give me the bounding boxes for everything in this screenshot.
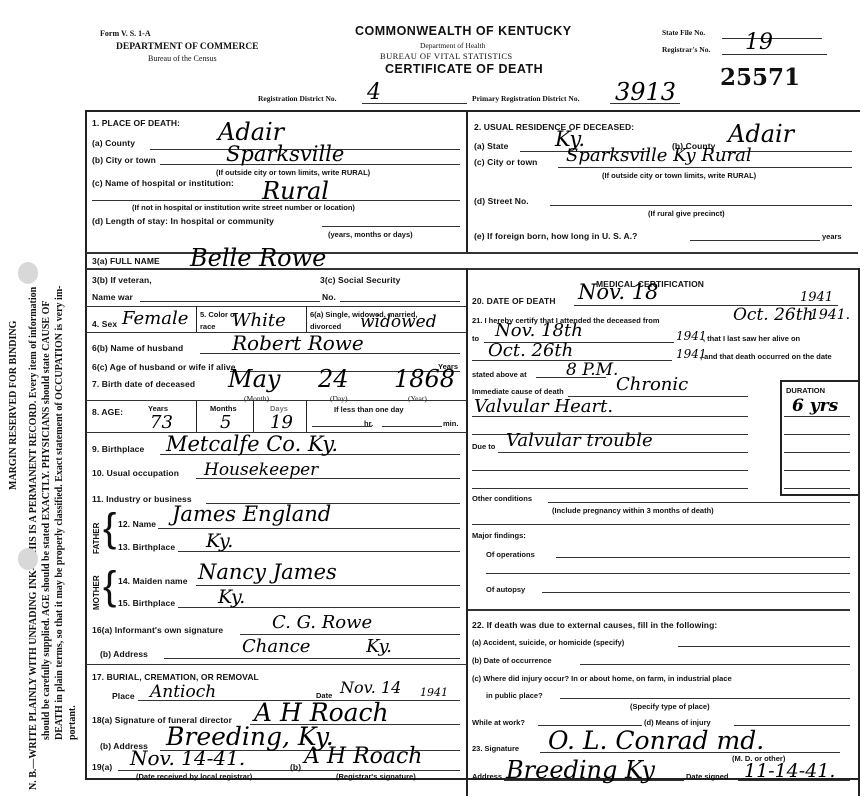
- registrar-sig-label: (b): [290, 762, 301, 772]
- age-years-value: 73: [150, 412, 173, 433]
- registrar-caption: (Registrar's signature): [336, 772, 416, 781]
- due-to-value: Valvular trouble: [506, 430, 653, 451]
- commonwealth-title: COMMONWEALTH OF KENTUCKY: [355, 24, 572, 38]
- date-signed-value: 11-14-41.: [744, 760, 835, 782]
- birth-year-value: 1868: [394, 365, 455, 393]
- occurred-text: , and that death occurred on the date: [700, 352, 832, 361]
- received-date-value: Nov. 14-41.: [130, 746, 245, 770]
- death-city-label: (b) City or town: [92, 155, 156, 165]
- mother-brace: {: [103, 566, 116, 606]
- father-birth-value: Ky.: [206, 530, 233, 552]
- death-city-note: (If outside city or town limits, write R…: [216, 168, 370, 177]
- reg-district-label: Registration District No.: [258, 94, 337, 103]
- duration-label: DURATION: [786, 386, 825, 395]
- physician-address-value: Breeding Ky: [506, 756, 655, 784]
- color-value: White: [232, 310, 286, 331]
- occurrence-label: (b) Date of occurrence: [472, 656, 552, 665]
- ssn-field: [340, 301, 460, 302]
- marital-value: widowed: [360, 312, 437, 332]
- informant-address-label: (b) Address: [100, 649, 148, 659]
- mother-birth-label: 15. Birthplace: [118, 598, 175, 608]
- department: DEPARTMENT OF COMMERCE: [116, 42, 259, 52]
- instructions-line-4: portant.: [67, 705, 78, 740]
- mother-birth-value: Ky.: [218, 586, 245, 608]
- father-name-label: 12. Name: [118, 519, 156, 529]
- external-heading: 22. If death was due to external causes,…: [472, 620, 717, 630]
- stay-note: (years, months or days): [328, 230, 413, 239]
- place-of-death-heading: 1. PLACE OF DEATH:: [92, 118, 180, 128]
- public-place-label: in public place?: [486, 691, 543, 700]
- autopsy-label: Of autopsy: [486, 585, 525, 594]
- spouse-age-label: 6(c) Age of husband or wife if alive: [92, 362, 236, 372]
- occupation-value: Housekeeper: [204, 460, 318, 480]
- hospital-value: Rural: [262, 177, 329, 205]
- bureau-census: Bureau of the Census: [148, 54, 217, 63]
- burial-place-label: Place: [112, 691, 135, 701]
- immediate-cause-value-2: Valvular Heart.: [474, 396, 613, 417]
- death-date-value: Nov. 18: [578, 280, 658, 304]
- father-name-value: James England: [172, 502, 331, 526]
- autopsy-field: [542, 592, 850, 593]
- res-city-label: (c) City or town: [474, 157, 537, 167]
- burial-heading: 17. BURIAL, CREMATION, OR REMOVAL: [92, 672, 259, 682]
- death-date-label: 20. DATE OF DEATH: [472, 296, 556, 306]
- registrar-no-value: 19: [745, 30, 773, 55]
- hospital-label: (c) Name of hospital or institution:: [92, 178, 234, 188]
- state-file-label: State File No.: [662, 28, 705, 37]
- attended-from-year: 1941.: [810, 307, 850, 323]
- name-war-field: [140, 301, 320, 302]
- received-label: 19(a): [92, 762, 112, 772]
- death-year-value: 1941: [800, 290, 833, 305]
- ssn-no-label: No.: [322, 292, 336, 302]
- full-name-value: Belle Rowe: [190, 244, 326, 272]
- res-street-field: [550, 205, 852, 206]
- age-label: 8. AGE:: [92, 407, 123, 417]
- where-injury-label: (c) Where did injury occur? In or about …: [472, 674, 732, 683]
- death-city-value: Sparksville: [226, 142, 344, 166]
- major-findings-label: Major findings:: [472, 531, 526, 540]
- received-caption: (Date received by local registrar): [136, 772, 252, 781]
- other-conditions-field: [548, 502, 850, 503]
- immediate-cause-label: Immediate cause of death: [472, 387, 564, 396]
- instructions-line-2: should be carefully supplied. AGE should…: [41, 301, 52, 740]
- min-label: min.: [443, 419, 458, 428]
- reg-district-value: 4: [367, 80, 381, 105]
- stay-label: (d) Length of stay: In hospital or commu…: [92, 216, 274, 226]
- day-caption: (Day): [330, 394, 348, 403]
- date-signed-label: Date signed: [686, 772, 729, 781]
- instructions-line-3: DEATH in plain terms, so that it may be …: [54, 286, 65, 741]
- full-name-label: 3(a) FULL NAME: [92, 256, 160, 266]
- burial-date-value: Nov. 14: [340, 678, 401, 697]
- certificate-title: CERTIFICATE OF DEATH: [385, 62, 543, 76]
- punch-hole: [18, 548, 38, 570]
- res-county-value: Adair: [728, 120, 794, 148]
- form-number: Form V. S. 1-A: [100, 29, 151, 38]
- father-birth-label: 13. Birthplace: [118, 542, 175, 552]
- public-place-field: [560, 698, 850, 699]
- birth-day-value: 24: [318, 365, 349, 393]
- informant-address-value: Chance Ky.: [242, 636, 392, 657]
- primary-district-value: 3913: [615, 78, 676, 106]
- husband-label: 6(b) Name of husband: [92, 343, 183, 353]
- birth-month-value: May: [228, 365, 280, 393]
- foreign-born-label: (e) If foreign born, how long in U. S. A…: [474, 231, 637, 241]
- husband-value: Robert Rowe: [232, 331, 364, 355]
- registrar-no-label: Registrar's No.: [662, 45, 710, 54]
- death-county-label: (a) County: [92, 138, 135, 148]
- father-side-label: FATHER: [92, 523, 101, 554]
- ssn-label: 3(c) Social Security: [320, 275, 400, 285]
- birthplace-value: Metcalfe Co. Ky.: [166, 432, 338, 456]
- hospital-note: (If not in hospital or institution write…: [132, 203, 355, 212]
- instructions-line-1: N. B.—WRITE PLAINLY WITH UNFADING INK—TH…: [28, 287, 39, 790]
- res-city-value: Sparksville Ky Rural: [566, 145, 752, 166]
- burial-place-value: Antioch: [150, 682, 216, 702]
- informant-signature-value: C. G. Rowe: [272, 612, 372, 633]
- punch-hole: [18, 262, 38, 284]
- year-caption: (Year): [408, 394, 427, 403]
- place-type-note: (Specify type of place): [630, 702, 710, 711]
- res-street-note: (If rural give precinct): [648, 209, 725, 218]
- other-conditions-label: Other conditions: [472, 494, 532, 503]
- attended-to-value: Nov. 18th: [495, 320, 583, 341]
- foreign-years-suffix: years: [822, 232, 842, 241]
- primary-district-label: Primary Registration District No.: [472, 94, 579, 103]
- mother-name-label: 14. Maiden name: [118, 576, 188, 586]
- age-months-value: 5: [220, 412, 231, 433]
- res-city-note: (If outside city or town limits, write R…: [602, 171, 756, 180]
- other-conditions-note: (Include pregnancy within 3 months of de…: [552, 506, 714, 515]
- dept-health: Department of Health: [420, 41, 485, 50]
- physician-address-label: Address: [472, 772, 502, 781]
- burial-year-value: 1941: [420, 686, 448, 699]
- sex-value: Female: [122, 308, 188, 329]
- month-caption: (Month): [244, 394, 269, 403]
- time-of-death-value: 8 P.M.: [566, 360, 618, 380]
- hr-label: hr.: [364, 419, 373, 428]
- mother-name-value: Nancy James: [198, 560, 337, 584]
- birthplace-label: 9. Birthplace: [92, 444, 144, 454]
- accident-label: (a) Accident, suicide, or homicide (spec…: [472, 638, 624, 647]
- immediate-cause-value-1: Chronic: [616, 374, 688, 395]
- informant-signature-label: 16(a) Informant's own signature: [92, 625, 223, 635]
- bureau-vital: BUREAU OF VITAL STATISTICS: [380, 51, 513, 61]
- mother-side-label: MOTHER: [92, 575, 101, 610]
- attended-from-value: Oct. 26th: [733, 305, 814, 325]
- operations-field: [556, 557, 850, 558]
- age-days-value: 19: [270, 412, 293, 433]
- physician-signature-label: 23. Signature: [472, 744, 519, 753]
- less-than-day-label: If less than one day: [334, 405, 404, 414]
- at-work-label: While at work?: [472, 718, 525, 727]
- res-street-label: (d) Street No.: [474, 196, 529, 206]
- last-saw-text: , that I last saw her alive on: [703, 334, 800, 343]
- binding-margin-note: MARGIN RESERVED FOR BINDING: [8, 321, 19, 490]
- father-brace: {: [103, 508, 116, 548]
- res-state-label: (a) State: [474, 141, 508, 151]
- to-label: to: [472, 334, 479, 343]
- veteran-label: 3(b) If veteran,: [92, 275, 152, 285]
- occurrence-field: [580, 664, 850, 665]
- birth-date-label: 7. Birth date of deceased: [92, 379, 195, 389]
- occupation-label: 10. Usual occupation: [92, 468, 179, 478]
- stated-above-label: stated above at: [472, 370, 527, 379]
- stay-field: [322, 226, 460, 227]
- attended-to-year: 1941: [676, 329, 707, 343]
- name-war-label: Name war: [92, 292, 133, 302]
- physician-signature-value: O. L. Conrad md.: [548, 726, 764, 755]
- operations-label: Of operations: [486, 550, 535, 559]
- registrar-sig-value: A H Roach: [304, 744, 422, 769]
- last-saw-value: Oct. 26th: [488, 340, 573, 361]
- accident-field: [678, 646, 850, 647]
- duration-value: 6 yrs: [792, 396, 838, 416]
- sex-label: 4. Sex: [92, 319, 117, 329]
- due-to-label: Due to: [472, 442, 495, 451]
- certificate-number: 25571: [720, 64, 800, 91]
